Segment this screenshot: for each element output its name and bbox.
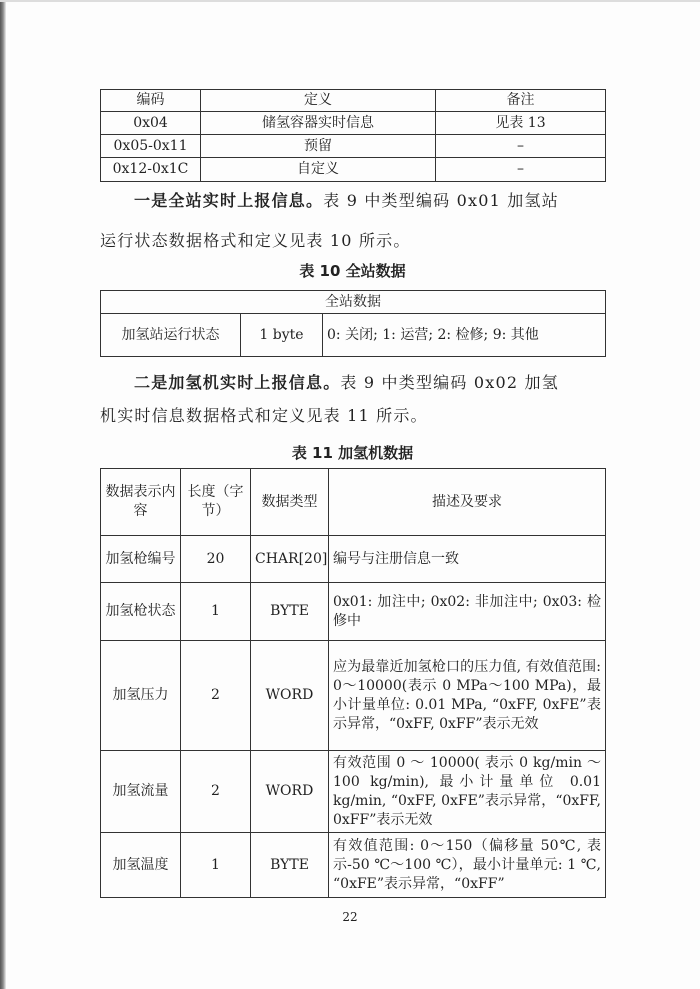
cell-type: BYTE: [251, 583, 329, 641]
table-row: 加氢枪状态 1 BYTE 0x01: 加注中; 0x02: 非加注中; 0x03…: [101, 583, 606, 641]
header-length: 长度（字节）: [181, 469, 251, 536]
cell-remark: –: [436, 135, 606, 158]
paragraph-text: 机实时信息数据格式和定义见表 11 所示。: [100, 406, 428, 425]
table-row: 加氢压力 2 WORD 应为最靠近加氢枪口的压力值, 有效值范围: 0～1000…: [101, 641, 606, 751]
cell-remark: –: [436, 158, 606, 182]
table-row: 0x12-0x1C 自定义 –: [101, 158, 606, 182]
paragraph-station-report: 一是全站实时上报信息。表 9 中类型编码 0x01 加氢站: [100, 188, 605, 211]
cell-length: 1 byte: [241, 314, 323, 357]
cell-description: 编号与注册信息一致: [329, 536, 606, 583]
cell-type: BYTE: [251, 833, 329, 898]
cell-description: 有效值范围: 0～150（偏移量 50℃, 表示-50 ℃～100 ℃），最小计…: [329, 833, 606, 898]
header-content: 数据表示内容: [101, 469, 181, 536]
cell-type: WORD: [251, 751, 329, 833]
paragraph-text: 运行状态数据格式和定义见表 10 所示。: [100, 231, 411, 250]
cell-content: 加氢压力: [101, 641, 181, 751]
table10-caption: 表 10 全站数据: [100, 260, 605, 281]
cell-content: 加氢枪状态: [101, 583, 181, 641]
cell-code: 0x04: [101, 112, 201, 135]
dispenser-data-table: 数据表示内容 长度（字节） 数据类型 描述及要求 加氢枪编号 20 CHAR[2…: [100, 468, 606, 898]
table-header-row: 编码 定义 备注: [101, 90, 606, 112]
table-header-row: 数据表示内容 长度（字节） 数据类型 描述及要求: [101, 469, 606, 536]
table-row: 0x05-0x11 预留 –: [101, 135, 606, 158]
cell-description: 应为最靠近加氢枪口的压力值, 有效值范围: 0～10000(表示 0 MPa～1…: [329, 641, 606, 751]
header-code: 编码: [101, 90, 201, 112]
header-definition: 定义: [201, 90, 436, 112]
cell-length: 1: [181, 583, 251, 641]
cell-description: 0: 关闭; 1: 运营; 2: 检修; 9: 其他: [323, 314, 606, 357]
paragraph-dispenser-report-line2: 机实时信息数据格式和定义见表 11 所示。: [100, 403, 605, 426]
cell-content: 加氢温度: [101, 833, 181, 898]
cell-field: 加氢站运行状态: [101, 314, 241, 357]
cell-length: 2: [181, 751, 251, 833]
cell-length: 1: [181, 833, 251, 898]
paragraph-dispenser-report: 二是加氢机实时上报信息。表 9 中类型编码 0x02 加氢: [100, 370, 605, 393]
cell-definition: 预留: [201, 135, 436, 158]
paragraph-lead: 二是加氢机实时上报信息。: [134, 373, 340, 392]
type-code-table: 编码 定义 备注 0x04 储氢容器实时信息 见表 13 0x05-0x11 预…: [100, 89, 606, 182]
header-station-data: 全站数据: [101, 291, 606, 314]
paragraph-station-report-line2: 运行状态数据格式和定义见表 10 所示。: [100, 228, 605, 251]
table11-caption: 表 11 加氢机数据: [100, 442, 605, 463]
table-row: 加氢站运行状态 1 byte 0: 关闭; 1: 运营; 2: 检修; 9: 其…: [101, 314, 606, 357]
cell-description: 有效范围 0 ～ 10000( 表示 0 kg/min ～100 kg/min)…: [329, 751, 606, 833]
cell-description: 0x01: 加注中; 0x02: 非加注中; 0x03: 检修中: [329, 583, 606, 641]
cell-length: 20: [181, 536, 251, 583]
table-row: 加氢流量 2 WORD 有效范围 0 ～ 10000( 表示 0 kg/min …: [101, 751, 606, 833]
cell-content: 加氢枪编号: [101, 536, 181, 583]
scan-top-edge: [0, 0, 700, 2]
table-header-row: 全站数据: [101, 291, 606, 314]
table-row: 加氢温度 1 BYTE 有效值范围: 0～150（偏移量 50℃, 表示-50 …: [101, 833, 606, 898]
cell-code: 0x12-0x1C: [101, 158, 201, 182]
cell-type: WORD: [251, 641, 329, 751]
cell-definition: 自定义: [201, 158, 436, 182]
table-row: 0x04 储氢容器实时信息 见表 13: [101, 112, 606, 135]
cell-code: 0x05-0x11: [101, 135, 201, 158]
paragraph-text: 表 9 中类型编码 0x02 加氢: [340, 373, 559, 392]
page-number: 22: [0, 910, 700, 924]
cell-remark: 见表 13: [436, 112, 606, 135]
cell-type: CHAR[20]: [251, 536, 329, 583]
scan-binding-edge: [0, 0, 6, 989]
paragraph-lead: 一是全站实时上报信息。: [134, 191, 323, 210]
cell-content: 加氢流量: [101, 751, 181, 833]
cell-definition: 储氢容器实时信息: [201, 112, 436, 135]
header-remark: 备注: [436, 90, 606, 112]
paragraph-text: 表 9 中类型编码 0x01 加氢站: [323, 191, 559, 210]
table-row: 加氢枪编号 20 CHAR[20] 编号与注册信息一致: [101, 536, 606, 583]
header-description: 描述及要求: [329, 469, 606, 536]
station-data-table: 全站数据 加氢站运行状态 1 byte 0: 关闭; 1: 运营; 2: 检修;…: [100, 290, 606, 357]
header-type: 数据类型: [251, 469, 329, 536]
cell-length: 2: [181, 641, 251, 751]
